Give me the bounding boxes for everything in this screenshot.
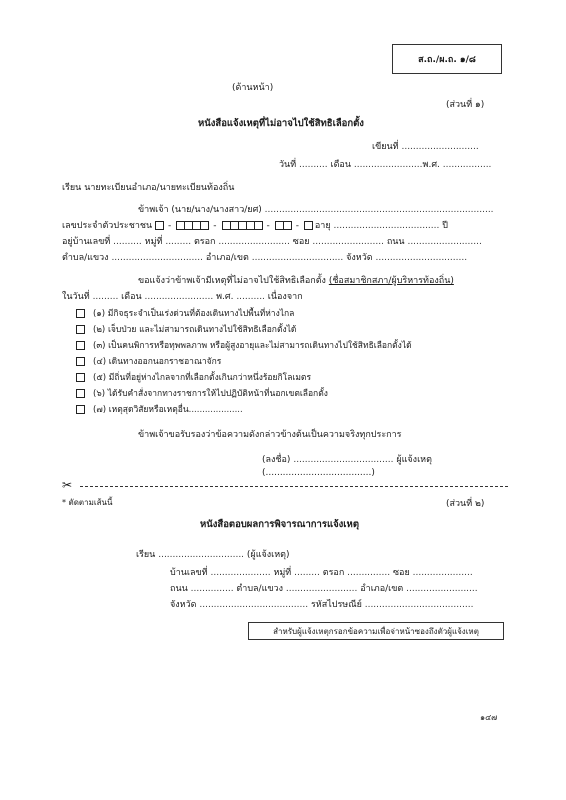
written-at-label: เขียนที่ <box>372 142 399 152</box>
reason-number: (๖) <box>93 389 108 399</box>
reply-title: หนังสือตอบผลการพิจารณาการแจ้งเหตุ <box>200 517 359 532</box>
reply-house-no-label: บ้านเลขที่ <box>170 568 208 578</box>
reason-text: เหตุสุดวิสัยหรือเหตุอื่น <box>109 405 189 415</box>
form-code: ส.ถ./ผ.ถ. ๑/๘ <box>418 52 476 66</box>
reply-subdistrict-label: ตำบล/แขวง <box>236 584 283 594</box>
id-digit-box[interactable] <box>254 221 263 230</box>
reply-district-label: อำเภอ/เขต <box>360 584 403 594</box>
address-line-1: อยู่บ้านเลขที่ .......... หมู่ที่ ......… <box>62 234 482 248</box>
addressee: เรียน นายทะเบียนอำเภอ/นายทะเบียนท้องถิ่น <box>62 180 234 194</box>
reply-moo-label: หมู่ที่ <box>273 568 291 578</box>
form-code-box: ส.ถ./ผ.ถ. ๑/๘ <box>392 44 502 74</box>
other-reason-field[interactable]: .................... <box>189 405 243 415</box>
on-month-field[interactable]: ........................ <box>145 292 217 302</box>
year-field[interactable]: ................. <box>443 160 492 170</box>
applicant-name-field[interactable]: ........................................… <box>265 205 494 215</box>
reason-item: (๓) เป็นคนพิการหรือทุพพลภาพ หรือผู้สูงอา… <box>76 338 412 352</box>
cut-line <box>80 486 508 487</box>
signature-label: (ลงชื่อ) <box>262 455 290 465</box>
road-field[interactable]: .......................... <box>407 237 481 247</box>
reason-item: (๗) เหตุสุดวิสัยหรือเหตุอื่น............… <box>76 402 243 416</box>
applicant-line: ข้าพเจ้า (นาย/นาง/นางสาว/ยศ) ...........… <box>138 202 494 216</box>
day-field[interactable]: .......... <box>299 160 330 170</box>
reason-checkbox[interactable] <box>76 389 85 398</box>
reply-soi-label: ซอย <box>393 568 410 578</box>
reply-alley-label: ตรอก <box>323 568 345 578</box>
id-digit-box[interactable] <box>304 221 313 230</box>
province-label: จังหวัด <box>346 253 373 263</box>
reason-item: (๖) ได้รับคำสั่งจากทางราชการให้ไปปฏิบัติ… <box>76 386 328 400</box>
day-label: วันที่ <box>279 160 296 170</box>
reply-postcode-field[interactable]: ...................................... <box>365 600 474 610</box>
reason-checkbox[interactable] <box>76 309 85 318</box>
reason-text: มีกิจธุระจำเป็นเร่งด่วนที่ต้องเดินทางไปพ… <box>108 309 295 319</box>
printed-name-field[interactable]: (.....................................) <box>262 468 375 478</box>
reason-number: (๗) <box>93 405 109 415</box>
alley-label: ตรอก <box>194 237 216 247</box>
envelope-note-box: สำหรับผู้แจ้งเหตุกรอกข้อความเพื่อจ่าหน้า… <box>248 622 504 640</box>
notice-office-type: (ชื่อสมาชิกสภา/ผู้บริหารท้องถิ่น) <box>329 276 454 286</box>
reason-checkbox[interactable] <box>76 325 85 334</box>
section-label-2: (ส่วนที่ ๒) <box>446 496 484 510</box>
soi-label: ซอย <box>293 237 310 247</box>
reason-text: ได้รับคำสั่งจากทางราชการให้ไปปฏิบัติหน้า… <box>108 389 328 399</box>
district-field[interactable]: ................................ <box>252 253 346 263</box>
province-field[interactable]: ................................ <box>376 253 468 263</box>
reason-text: เจ็บป่วย และไม่สามารถเดินทางไปใช้สิทธิเล… <box>108 325 296 335</box>
applicant-label: ข้าพเจ้า (นาย/นาง/นางสาว/ยศ) <box>138 205 262 215</box>
reason-item: (๑) มีกิจธุระจำเป็นเร่งด่วนที่ต้องเดินทา… <box>76 306 294 320</box>
age-label: อายุ <box>315 221 331 231</box>
moo-label: หมู่ที่ <box>145 237 163 247</box>
side-label: (ด้านหน้า) <box>232 80 273 94</box>
id-number-boxes[interactable]: ---- <box>155 221 315 231</box>
reply-road-field[interactable]: ............... <box>191 584 237 594</box>
id-label: เลขประจำตัวประชาชน <box>62 221 152 231</box>
on-year-label: พ.ศ. <box>216 292 233 302</box>
reply-to-label: เรียน <box>136 550 155 560</box>
reply-road-label: ถนน <box>170 584 188 594</box>
reason-item: (๒) เจ็บป่วย และไม่สามารถเดินทางไปใช้สิท… <box>76 322 296 336</box>
signature-field[interactable]: ................................... <box>293 455 396 465</box>
reply-to-role: (ผู้แจ้งเหตุ) <box>247 550 290 560</box>
because-label: เนื่องจาก <box>268 292 303 302</box>
reply-line-3: จังหวัด ................................… <box>170 597 473 611</box>
signature-role: ผู้แจ้งเหตุ <box>396 455 432 465</box>
month-field[interactable]: ........................ <box>354 160 423 170</box>
id-separator: - <box>213 221 216 231</box>
subdistrict-label: ตำบล/แขวง <box>62 253 109 263</box>
reason-number: (๕) <box>93 373 109 383</box>
month-label: เดือน <box>331 160 351 170</box>
scissors-icon: ✂ <box>62 478 72 492</box>
reason-number: (๔) <box>93 357 109 367</box>
on-date-line: ในวันที่ ......... เดือน ...............… <box>62 289 303 303</box>
section-label-1: (ส่วนที่ ๑) <box>446 97 484 111</box>
address-line-2: ตำบล/แขวง ..............................… <box>62 250 467 264</box>
house-no-field[interactable]: .......... <box>113 237 144 247</box>
year-label: พ.ศ. <box>423 160 440 170</box>
form-title: หนังสือแจ้งเหตุที่ไม่อาจไปใช้สิทธิเลือกต… <box>198 116 364 131</box>
on-month-label: เดือน <box>121 292 141 302</box>
reason-checkbox[interactable] <box>76 373 85 382</box>
reason-item: (๕) มีถิ่นที่อยู่ห่างไกลจากที่เลือกตั้งเ… <box>76 370 311 384</box>
reply-house-no-field[interactable]: ..................... <box>210 568 273 578</box>
reply-district-field[interactable]: ......................... <box>406 584 478 594</box>
reply-province-label: จังหวัด <box>170 600 197 610</box>
age-field[interactable]: ..................................... <box>334 221 443 231</box>
reply-line-2: ถนน ............... ตำบล/แขวง ..........… <box>170 581 478 595</box>
reply-to-field[interactable]: .............................. <box>158 550 247 560</box>
id-separator: - <box>168 221 171 231</box>
subdistrict-field[interactable]: ................................ <box>111 253 205 263</box>
age-unit: ปี <box>442 221 448 231</box>
reply-alley-field[interactable]: ............... <box>347 568 393 578</box>
road-label: ถนน <box>387 237 405 247</box>
reason-checkbox[interactable] <box>76 357 85 366</box>
id-digit-box[interactable] <box>200 221 209 230</box>
on-year-field[interactable]: .......... <box>236 292 267 302</box>
id-separator: - <box>267 221 270 231</box>
reply-soi-field[interactable]: ..................... <box>413 568 473 578</box>
id-digit-box[interactable] <box>283 221 292 230</box>
written-at-field[interactable]: ........................... <box>401 142 478 152</box>
reason-checkbox[interactable] <box>76 341 85 350</box>
id-separator: - <box>296 221 299 231</box>
reason-number: (๒) <box>93 325 108 335</box>
house-no-label: อยู่บ้านเลขที่ <box>62 237 110 247</box>
notice-intro: ขอแจ้งว่าข้าพเจ้ามีเหตุที่ไม่อาจไปใช้สิท… <box>138 276 326 286</box>
reply-province-field[interactable]: ...................................... <box>199 600 311 610</box>
on-day-field[interactable]: ......... <box>93 292 122 302</box>
notice-intro-line: ขอแจ้งว่าข้าพเจ้ามีเหตุที่ไม่อาจไปใช้สิท… <box>138 273 454 287</box>
reason-number: (๓) <box>93 341 108 351</box>
moo-field[interactable]: ......... <box>165 237 194 247</box>
cut-note: * ตัดตามเส้นนี้ <box>62 496 112 509</box>
alley-field[interactable]: ......................... <box>218 237 292 247</box>
id-digit-box[interactable] <box>155 221 164 230</box>
signature-line: (ลงชื่อ) ...............................… <box>262 452 432 466</box>
certify-statement: ข้าพเจ้าขอรับรองว่าข้อความดังกล่าวข้างต้… <box>138 427 402 441</box>
page-number: ๑๔๗ <box>480 711 497 724</box>
reply-line-1: บ้านเลขที่ ..................... หมู่ที่… <box>170 565 473 579</box>
soi-field[interactable]: ......................... <box>312 237 386 247</box>
reason-text: มีถิ่นที่อยู่ห่างไกลจากที่เลือกตั้งเกินก… <box>109 373 311 383</box>
district-label: อำเภอ/เขต <box>206 253 249 263</box>
date-line: วันที่ .......... เดือน ................… <box>279 157 491 171</box>
reply-subdistrict-field[interactable]: ......................... <box>286 584 360 594</box>
id-line: เลขประจำตัวประชาชน ---- อายุ ...........… <box>62 218 448 232</box>
reason-checkbox[interactable] <box>76 405 85 414</box>
reason-text: เดินทางออกนอกราชอาณาจักร <box>109 357 222 367</box>
reply-moo-field[interactable]: ......... <box>294 568 323 578</box>
reply-postcode-label: รหัสไปรษณีย์ <box>311 600 362 610</box>
reason-text: เป็นคนพิการหรือทุพพลภาพ หรือผู้สูงอายุแล… <box>108 341 411 351</box>
reason-number: (๑) <box>93 309 108 319</box>
reply-to-line: เรียน .............................. (ผู… <box>136 547 290 561</box>
on-day-label: ในวันที่ <box>62 292 90 302</box>
written-at-line: เขียนที่ ........................... <box>372 139 479 153</box>
reason-item: (๔) เดินทางออกนอกราชอาณาจักร <box>76 354 221 368</box>
envelope-note: สำหรับผู้แจ้งเหตุกรอกข้อความเพื่อจ่าหน้า… <box>273 625 479 638</box>
